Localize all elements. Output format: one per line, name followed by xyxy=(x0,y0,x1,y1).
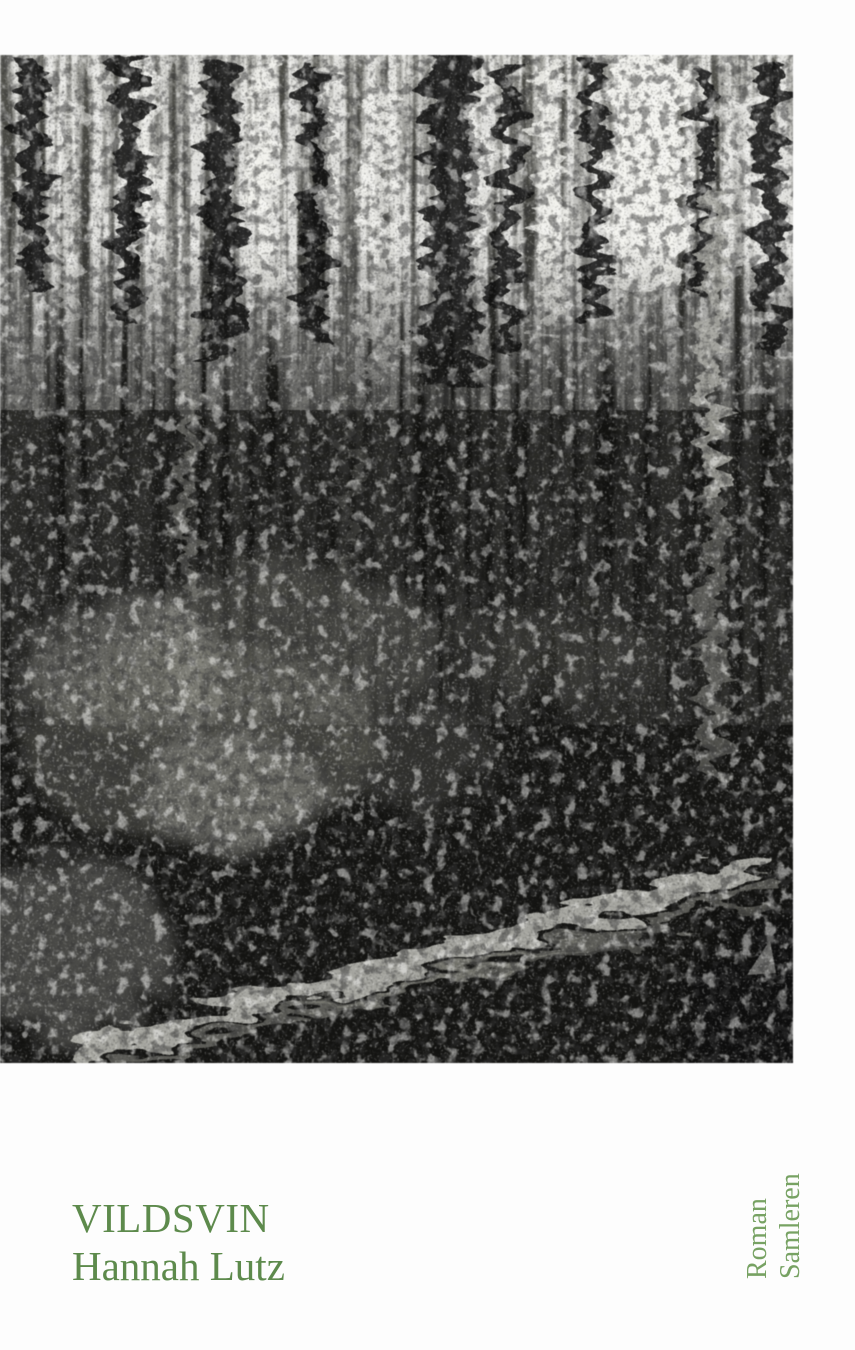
book-author: Hannah Lutz xyxy=(72,1242,285,1290)
book-cover: VILDSVIN Hannah Lutz Roman Samleren xyxy=(0,0,855,1350)
forest-photo-image xyxy=(0,55,793,1063)
book-title: VILDSVIN xyxy=(72,1194,285,1242)
spine-genre-label: Roman xyxy=(741,1173,774,1279)
spine-text-block: Roman Samleren xyxy=(741,1173,807,1279)
title-block: VILDSVIN Hannah Lutz xyxy=(72,1194,285,1290)
spine-publisher-label: Samleren xyxy=(774,1173,807,1279)
